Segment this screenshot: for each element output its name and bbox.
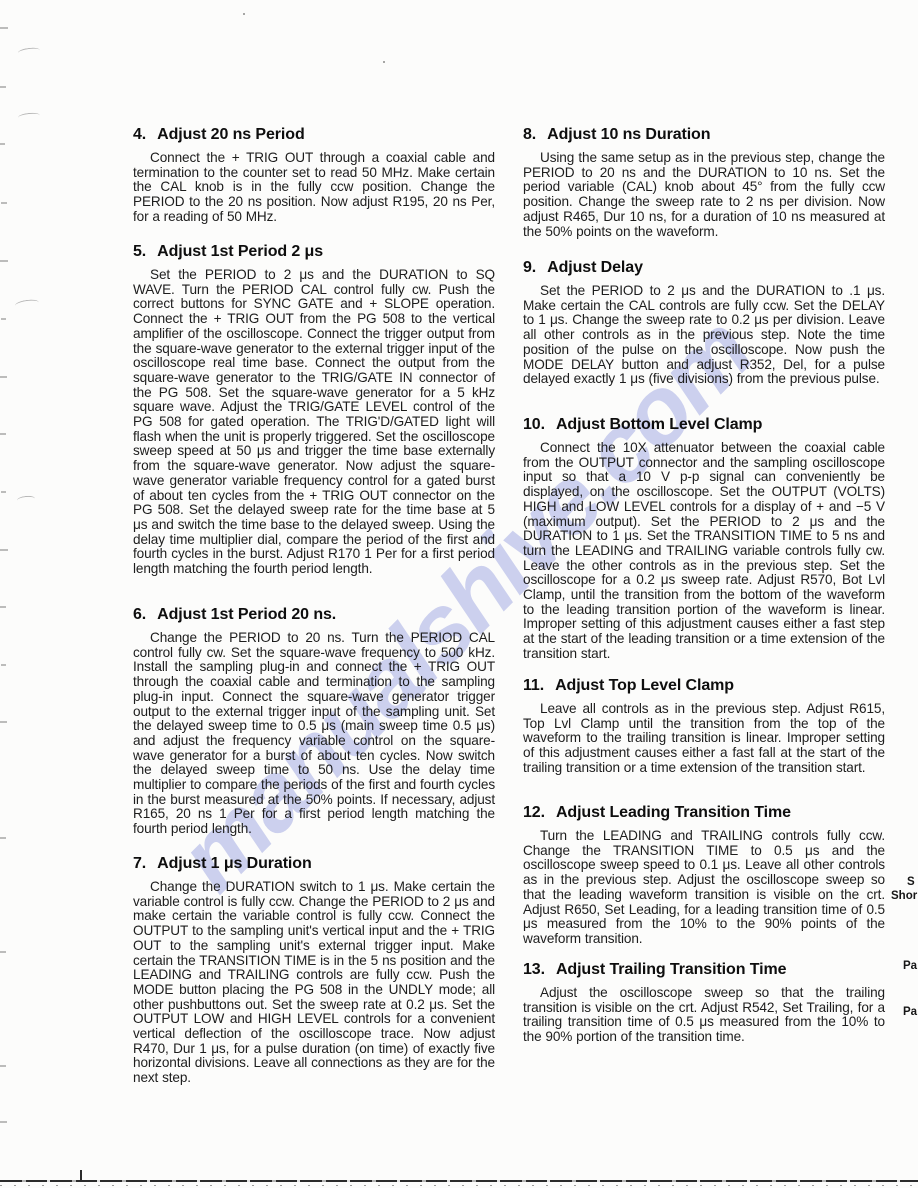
section-number: 4.: [133, 126, 146, 144]
section-title: Adjust Leading Transition Time: [556, 804, 791, 822]
section-adjust-20ns-period: 4. Adjust 20 ns Period Connect the + TRI…: [133, 126, 495, 225]
section-adjust-delay: 9. Adjust Delay Set the PERIOD to 2 μs a…: [523, 259, 885, 387]
scan-artifact-squiggle: [17, 495, 36, 504]
section-adjust-1st-period-20ns: 6. Adjust 1st Period 20 ns. Change the P…: [133, 606, 495, 837]
section-body: Set the PERIOD to 2 μs and the DURATION …: [523, 284, 885, 387]
scan-artifact-dash: [1, 664, 6, 666]
scan-artifact-squiggle: [18, 47, 41, 57]
section-adjust-bottom-level-clamp: 10. Adjust Bottom Level Clamp Connect th…: [523, 416, 885, 662]
scan-artifact-dash: [0, 951, 6, 953]
section-number: 7.: [133, 855, 146, 873]
section-number: 5.: [133, 243, 146, 261]
edge-text-fragment: S: [907, 876, 915, 888]
scan-artifact-dash: [0, 1065, 6, 1067]
section-title: Adjust 1st Period 2 μs: [157, 243, 323, 261]
section-title: Adjust Delay: [547, 259, 643, 277]
scan-edge-line: [0, 1180, 918, 1182]
scan-artifact-dash: [1, 318, 6, 320]
scan-artifact-speck: [243, 13, 245, 15]
scan-artifact-dash: [0, 260, 8, 262]
edge-text-fragment: Pa: [903, 960, 917, 972]
section-body: Turn the LEADING and TRAILING controls f…: [523, 829, 885, 947]
section-body: Connect the + TRIG OUT through a coaxial…: [133, 151, 495, 225]
section-adjust-trailing-transition-time: 13. Adjust Trailing Transition Time Adju…: [523, 961, 885, 1045]
scan-artifact-dash: [0, 837, 6, 839]
section-body: Using the same setup as in the previous …: [523, 151, 885, 239]
section-number: 9.: [523, 259, 536, 277]
scan-artifact-dash: [0, 143, 5, 145]
section-heading: 4. Adjust 20 ns Period: [133, 126, 495, 144]
section-number: 11.: [523, 677, 544, 695]
section-number: 8.: [523, 126, 536, 144]
section-adjust-1us-duration: 7. Adjust 1 μs Duration Change the DURAT…: [133, 855, 495, 1086]
section-number: 12.: [523, 804, 545, 822]
scan-artifact-dash: [0, 721, 7, 723]
section-title: Adjust 1st Period 20 ns.: [157, 606, 336, 624]
scan-artifact-dash: [1, 202, 7, 204]
scan-artifact-dash: [0, 27, 8, 29]
section-heading: 5. Adjust 1st Period 2 μs: [133, 243, 495, 261]
edge-text-fragment: Shor: [891, 890, 917, 902]
section-heading: 11. Adjust Top Level Clamp: [523, 677, 885, 695]
scan-artifact-dash: [0, 433, 6, 435]
scan-artifact-dash: [0, 549, 8, 551]
section-adjust-top-level-clamp: 11. Adjust Top Level Clamp Leave all con…: [523, 677, 885, 776]
scan-artifact-dash: [0, 86, 6, 88]
section-body: Leave all controls as in the previous st…: [523, 702, 885, 776]
section-number: 6.: [133, 606, 146, 624]
section-title: Adjust 10 ns Duration: [547, 126, 710, 144]
section-number: 13.: [523, 961, 545, 979]
scan-artifact-dash: [0, 376, 7, 378]
section-body: Connect the 10X attenuator between the c…: [523, 441, 885, 662]
section-heading: 9. Adjust Delay: [523, 259, 885, 277]
edge-text-fragment: Pa: [903, 1006, 917, 1018]
scan-artifact-squiggle: [18, 112, 41, 121]
scan-edge-tick: [80, 1170, 82, 1182]
section-title: Adjust Top Level Clamp: [555, 677, 734, 695]
section-heading: 13. Adjust Trailing Transition Time: [523, 961, 885, 979]
scan-artifact-dash: [1, 491, 6, 493]
scan-artifact-dash: [0, 606, 6, 608]
scanned-manual-page: manualshive.com 4. Adjust 20 ns Period C…: [0, 0, 918, 1188]
section-body: Adjust the oscilloscope sweep so that th…: [523, 986, 885, 1045]
section-body: Set the PERIOD to 2 μs and the DURATION …: [133, 268, 495, 577]
section-adjust-10ns-duration: 8. Adjust 10 ns Duration Using the same …: [523, 126, 885, 239]
section-number: 10.: [523, 416, 545, 434]
section-adjust-leading-transition-time: 12. Adjust Leading Transition Time Turn …: [523, 804, 885, 947]
section-title: Adjust Trailing Transition Time: [556, 961, 786, 979]
section-heading: 8. Adjust 10 ns Duration: [523, 126, 885, 144]
scan-artifact-squiggle: [15, 298, 40, 309]
scan-edge-dots: [0, 1185, 918, 1186]
section-heading: 6. Adjust 1st Period 20 ns.: [133, 606, 495, 624]
section-title: Adjust 20 ns Period: [157, 126, 304, 144]
section-heading: 7. Adjust 1 μs Duration: [133, 855, 495, 873]
scan-artifact-dash: [0, 1121, 7, 1123]
scan-artifact-speck: [383, 61, 385, 63]
section-heading: 12. Adjust Leading Transition Time: [523, 804, 885, 822]
section-heading: 10. Adjust Bottom Level Clamp: [523, 416, 885, 434]
section-adjust-1st-period-2us: 5. Adjust 1st Period 2 μs Set the PERIOD…: [133, 243, 495, 577]
section-title: Adjust 1 μs Duration: [157, 855, 311, 873]
section-title: Adjust Bottom Level Clamp: [556, 416, 762, 434]
section-body: Change the PERIOD to 20 ns. Turn the PER…: [133, 631, 495, 837]
section-body: Change the DURATION switch to 1 μs. Make…: [133, 880, 495, 1086]
